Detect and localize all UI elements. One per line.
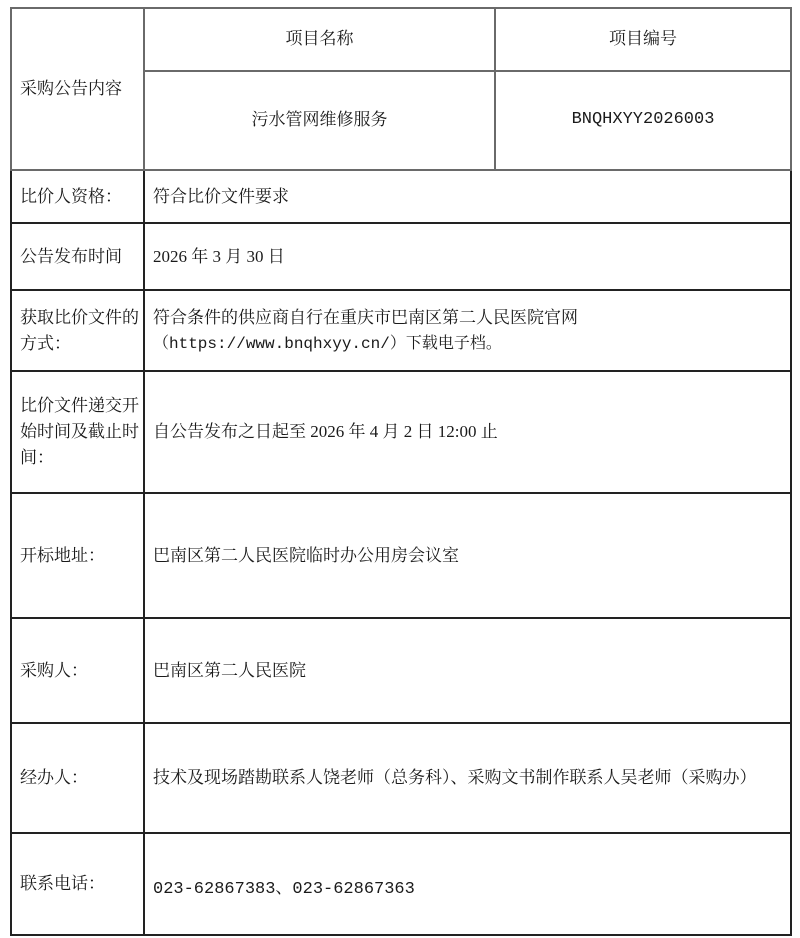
handler-label: 经办人： <box>11 723 144 833</box>
table-row-opening-address: 开标地址： 巴南区第二人民医院临时办公用房会议室 <box>11 493 791 618</box>
procurement-notice-table: 采购公告内容 项目名称 项目编号 污水管网维修服务 BNQHXYY2026003… <box>10 7 792 936</box>
document-access-label: 获取比价文件的方式： <box>11 290 144 371</box>
table-row-publish-date: 公告发布时间 2026 年 3 月 30 日 <box>11 223 791 290</box>
table-row-handler: 经办人： 技术及现场踏勘联系人饶老师（总务科）、采购文书制作联系人吴老师（采购办… <box>11 723 791 833</box>
table-row-phone: 联系电话： 023-62867383、023-62867363 <box>11 833 791 935</box>
table-row-purchaser: 采购人： 巴南区第二人民医院 <box>11 618 791 723</box>
project-number-header: 项目编号 <box>495 8 791 71</box>
qualification-value: 符合比价文件要求 <box>144 170 791 223</box>
phone-label: 联系电话： <box>11 833 144 935</box>
procurement-content-label: 采购公告内容 <box>11 8 144 170</box>
project-number-value: BNQHXYY2026003 <box>495 71 791 170</box>
table-row-qualification: 比价人资格： 符合比价文件要求 <box>11 170 791 223</box>
publish-date-value: 2026 年 3 月 30 日 <box>144 223 791 290</box>
project-name-header: 项目名称 <box>144 8 495 71</box>
procurement-header-row: 采购公告内容 项目名称 项目编号 <box>11 8 791 71</box>
handler-value: 技术及现场踏勘联系人饶老师（总务科）、采购文书制作联系人吴老师（采购办） <box>144 723 791 833</box>
document-access-value: 符合条件的供应商自行在重庆市巴南区第二人民医院官网 （https://www.b… <box>144 290 791 371</box>
opening-address-label: 开标地址： <box>11 493 144 618</box>
publish-date-label: 公告发布时间 <box>11 223 144 290</box>
document-access-text: 符合条件的供应商自行在重庆市巴南区第二人民医院官网 <box>153 305 784 331</box>
project-name-value: 污水管网维修服务 <box>144 71 495 170</box>
table-row-document-access: 获取比价文件的方式： 符合条件的供应商自行在重庆市巴南区第二人民医院官网 （ht… <box>11 290 791 371</box>
purchaser-label: 采购人： <box>11 618 144 723</box>
qualification-label: 比价人资格： <box>11 170 144 223</box>
submission-time-label: 比价文件递交开始时间及截止时间： <box>11 371 144 493</box>
purchaser-value: 巴南区第二人民医院 <box>144 618 791 723</box>
document-access-url[interactable]: （https://www.bnqhxyy.cn/）下载电子档。 <box>153 331 784 357</box>
phone-value: 023-62867383、023-62867363 <box>144 833 791 935</box>
submission-time-value: 自公告发布之日起至 2026 年 4 月 2 日 12:00 止 <box>144 371 791 493</box>
opening-address-value: 巴南区第二人民医院临时办公用房会议室 <box>144 493 791 618</box>
table-row-submission-time: 比价文件递交开始时间及截止时间： 自公告发布之日起至 2026 年 4 月 2 … <box>11 371 791 493</box>
